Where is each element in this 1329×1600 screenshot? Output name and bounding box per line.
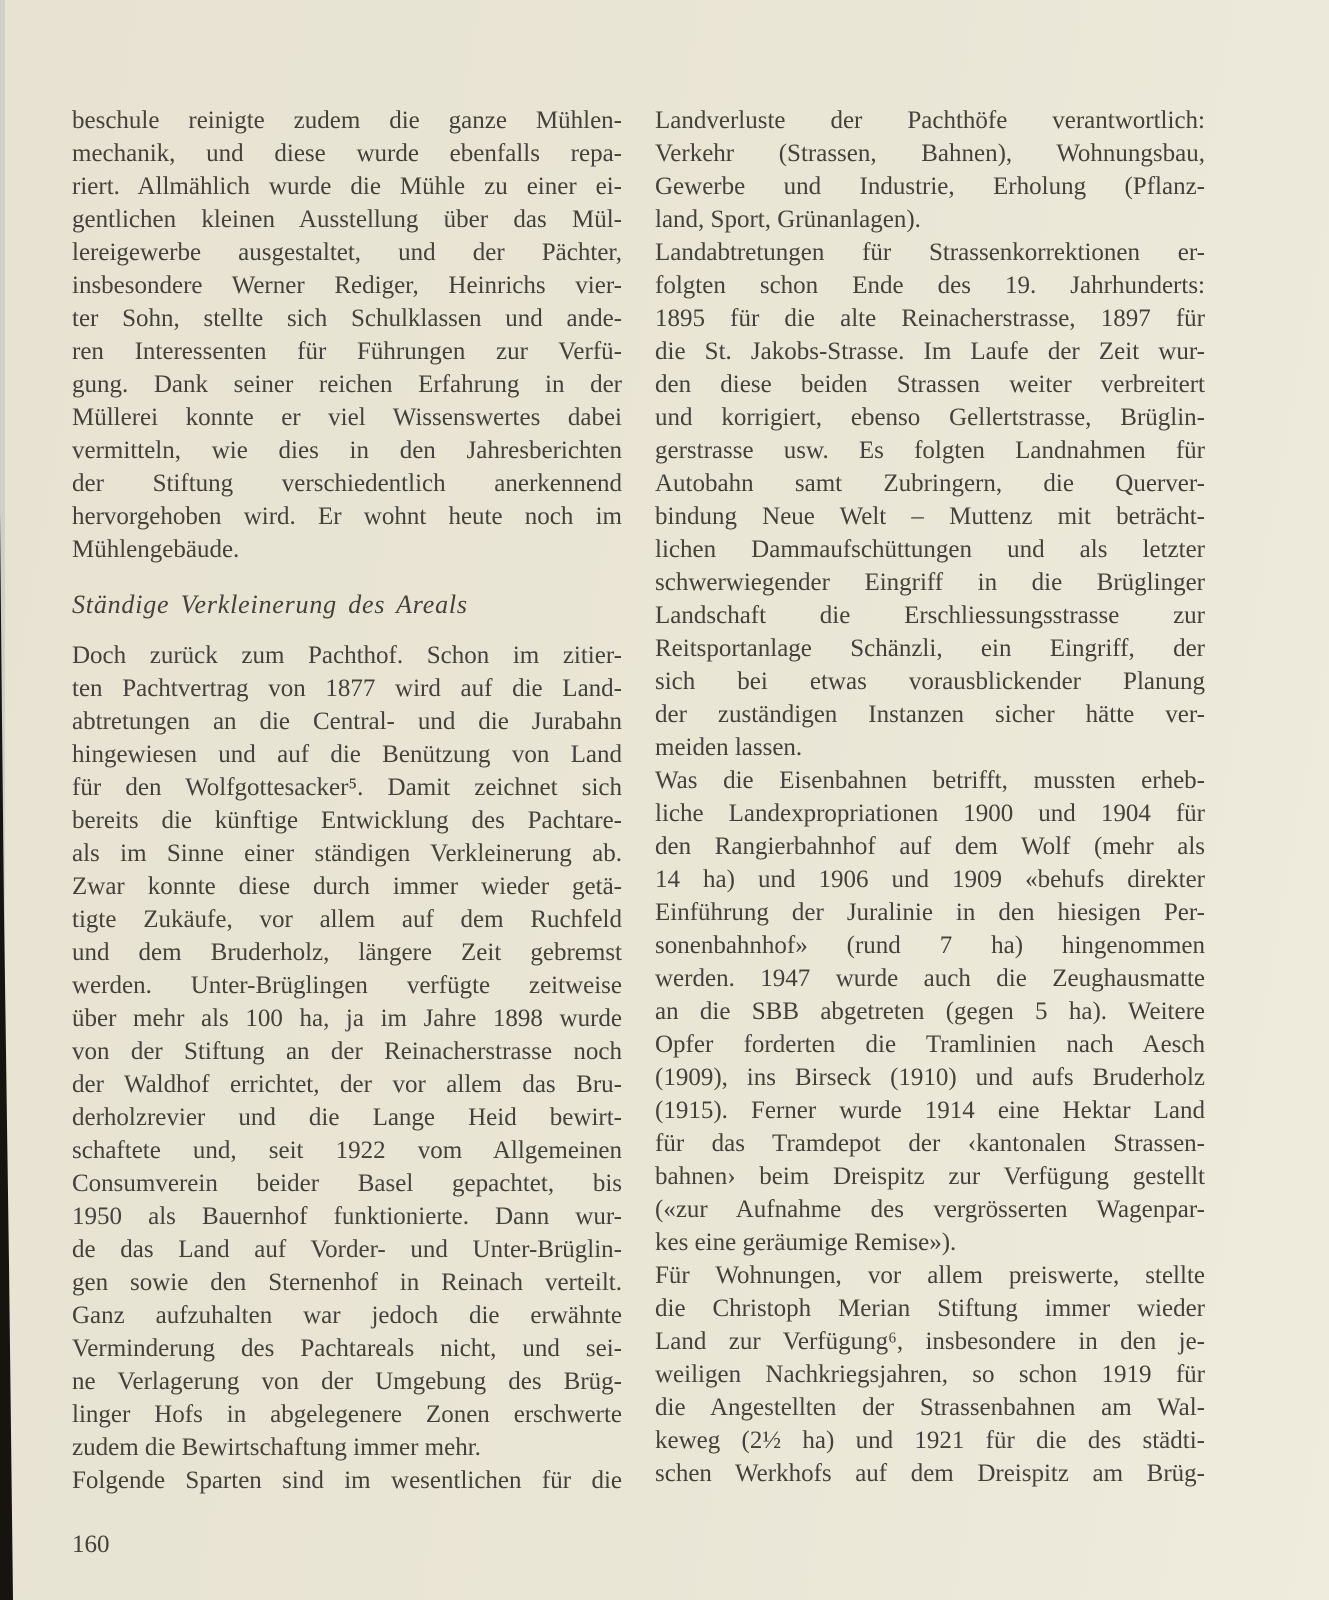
text-line: Müllerei konnte er viel Wissenswertes da… [72, 401, 622, 434]
text-line: Einführung der Juralinie in den hiesigen… [655, 896, 1205, 929]
text-line: bereits die künftige Entwicklung des Pac… [72, 804, 622, 837]
text-line: werden. 1947 wurde auch die Zeughausmatt… [655, 962, 1205, 995]
text-line: Landabtretungen für Strassenkorrektionen… [655, 236, 1205, 269]
text-line: lichen Dammaufschüttungen und als letzte… [655, 533, 1205, 566]
text-line: ren Interessenten für Führungen zur Verf… [72, 335, 622, 368]
text-line: Ganz aufzuhalten war jedoch die erwähnte [72, 1299, 622, 1332]
text-line: Verminderung des Pachtareals nicht, und … [72, 1332, 622, 1365]
text-line: («zur Aufnahme des vergrösserten Wagenpa… [655, 1193, 1205, 1226]
text-line: ne Verlagerung von der Umgebung des Brüg… [72, 1365, 622, 1398]
text-line: sonenbahnhof» (rund 7 ha) hingenommen [655, 929, 1205, 962]
text-line: Landschaft die Erschliessungsstrasse zur [655, 599, 1205, 632]
text-line: kes eine geräumige Remise»). [655, 1226, 1205, 1259]
text-line: 1950 als Bauernhof funktionierte. Dann w… [72, 1200, 622, 1233]
text-line: Verkehr (Strassen, Bahnen), Wohnungsbau, [655, 137, 1205, 170]
text-line: gentlichen kleinen Ausstellung über das … [72, 203, 622, 236]
text-line: bindung Neue Welt – Muttenz mit beträcht… [655, 500, 1205, 533]
text-line: an die SBB abgetreten (gegen 5 ha). Weit… [655, 995, 1205, 1028]
text-line: Zwar konnte diese durch immer wieder get… [72, 870, 622, 903]
text-line: Folgende Sparten sind im wesentlichen fü… [72, 1464, 622, 1497]
text-line: derholzrevier und die Lange Heid bewirt- [72, 1101, 622, 1134]
text-column-left: beschule reinigte zudem die ganze Mühlen… [72, 104, 622, 1497]
page-content: beschule reinigte zudem die ganze Mühlen… [72, 104, 1205, 1497]
text-line: vermitteln, wie dies in den Jahresberich… [72, 434, 622, 467]
text-line: land, Sport, Grünanlagen). [655, 203, 1205, 236]
text-line: die Angestellten der Strassenbahnen am W… [655, 1391, 1205, 1424]
text-line: (1909), ins Birseck (1910) und aufs Brud… [655, 1061, 1205, 1094]
text-line: Consumverein beider Basel gepachtet, bis [72, 1167, 622, 1200]
text-line: insbesondere Werner Rediger, Heinrichs v… [72, 269, 622, 302]
text-line: weiligen Nachkriegsjahren, so schon 1919… [655, 1358, 1205, 1391]
text-line: hervorgehoben wird. Er wohnt heute noch … [72, 500, 622, 533]
text-line: den diese beiden Strassen weiter verbrei… [655, 368, 1205, 401]
text-line: (1915). Ferner wurde 1914 eine Hektar La… [655, 1094, 1205, 1127]
text-line: und korrigiert, ebenso Gellertstrasse, B… [655, 401, 1205, 434]
text-column-right: Landverluste der Pachthöfe verantwortlic… [655, 104, 1205, 1497]
text-line: lereigewerbe ausgestaltet, und der Pächt… [72, 236, 622, 269]
text-line: als im Sinne einer ständigen Verkleineru… [72, 837, 622, 870]
text-line: keweg (2½ ha) und 1921 für die des städt… [655, 1424, 1205, 1457]
text-line: gen sowie den Sternenhof in Reinach vert… [72, 1266, 622, 1299]
text-line: linger Hofs in abgelegenere Zonen erschw… [72, 1398, 622, 1431]
text-line: der zuständigen Instanzen sicher hätte v… [655, 698, 1205, 731]
text-line: die St. Jakobs-Strasse. Im Laufe der Zei… [655, 335, 1205, 368]
text-line: schen Werkhofs auf dem Dreispitz am Brüg… [655, 1457, 1205, 1490]
text-line: für das Tramdepot der ‹kantonalen Strass… [655, 1127, 1205, 1160]
text-line: gung. Dank seiner reichen Erfahrung in d… [72, 368, 622, 401]
text-line: beschule reinigte zudem die ganze Mühlen… [72, 104, 622, 137]
text-line: Reitsportanlage Schänzli, ein Eingriff, … [655, 632, 1205, 665]
text-line: Opfer forderten die Tramlinien nach Aesc… [655, 1028, 1205, 1061]
text-line: schwerwiegender Eingriff in die Brügling… [655, 566, 1205, 599]
text-line: ten Pachtvertrag von 1877 wird auf die L… [72, 672, 622, 705]
text-line: riert. Allmählich wurde die Mühle zu ein… [72, 170, 622, 203]
text-line: 14 ha) und 1906 und 1909 «behufs direkte… [655, 863, 1205, 896]
text-line: 1895 für die alte Reinacherstrasse, 1897… [655, 302, 1205, 335]
text-line: Land zur Verfügung⁶, insbesondere in den… [655, 1325, 1205, 1358]
text-line: meiden lassen. [655, 731, 1205, 764]
text-line: gerstrasse usw. Es folgten Landnahmen fü… [655, 434, 1205, 467]
text-line: hingewiesen und auf die Benützung von La… [72, 738, 622, 771]
text-line: für den Wolfgottesacker⁵. Damit zeichnet… [72, 771, 622, 804]
page-number: 160 [72, 1528, 110, 1561]
text-line: werden. Unter-Brüglingen verfügte zeitwe… [72, 969, 622, 1002]
text-line: liche Landexpropriationen 1900 und 1904 … [655, 797, 1205, 830]
text-line: von der Stiftung an der Reinacherstrasse… [72, 1035, 622, 1068]
text-line: zudem die Bewirtschaftung immer mehr. [72, 1431, 622, 1464]
text-line: Was die Eisenbahnen betrifft, mussten er… [655, 764, 1205, 797]
text-line: de das Land auf Vorder- und Unter-Brügli… [72, 1233, 622, 1266]
text-line: Doch zurück zum Pachthof. Schon im zitie… [72, 639, 622, 672]
text-line: Für Wohnungen, vor allem preiswerte, ste… [655, 1259, 1205, 1292]
text-line: bahnen› beim Dreispitz zur Verfügung ges… [655, 1160, 1205, 1193]
text-line: Gewerbe und Industrie, Erholung (Pflanz- [655, 170, 1205, 203]
text-line: schaftete und, seit 1922 vom Allgemeinen [72, 1134, 622, 1167]
text-line: mechanik, und diese wurde ebenfalls repa… [72, 137, 622, 170]
book-page: beschule reinigte zudem die ganze Mühlen… [0, 0, 1329, 1600]
text-line: der Waldhof errichtet, der vor allem das… [72, 1068, 622, 1101]
text-line: der Stiftung verschiedentlich anerkennen… [72, 467, 622, 500]
text-line: über mehr als 100 ha, ja im Jahre 1898 w… [72, 1002, 622, 1035]
text-line: ter Sohn, stellte sich Schulklassen und … [72, 302, 622, 335]
text-line: abtretungen an die Central- und die Jura… [72, 705, 622, 738]
text-line: die Christoph Merian Stiftung immer wied… [655, 1292, 1205, 1325]
text-line: Autobahn samt Zubringern, die Querver- [655, 467, 1205, 500]
text-line: tigte Zukäufe, vor allem auf dem Ruchfel… [72, 903, 622, 936]
text-line: sich bei etwas vorausblickender Planung [655, 665, 1205, 698]
text-line: und dem Bruderholz, längere Zeit gebrems… [72, 936, 622, 969]
text-line: folgten schon Ende des 19. Jahrhunderts: [655, 269, 1205, 302]
text-line: Landverluste der Pachthöfe verantwortlic… [655, 104, 1205, 137]
text-line: den Rangierbahnhof auf dem Wolf (mehr al… [655, 830, 1205, 863]
section-heading: Ständige Verkleinerung des Areals [72, 588, 622, 621]
text-line: Mühlengebäude. [72, 533, 622, 566]
